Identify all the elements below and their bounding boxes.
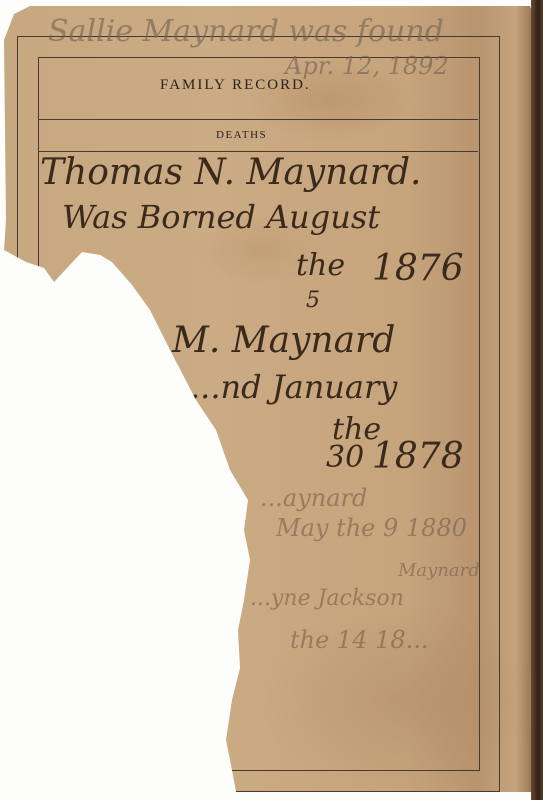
entry-2-name: M. Maynard [172,320,395,361]
entry-1-name: Thomas N. Maynard. [40,152,421,193]
book-binding-edge [531,0,543,800]
faint-entry-surname: Maynard [398,560,480,581]
entry-1-born: Was Borned August [62,198,380,236]
pencil-note-line1: Sallie Maynard was found [48,14,444,49]
faint-entry-name: ...aynard [260,484,367,512]
entry-1-day: 5 [306,288,320,313]
entry-1-year: 1876 [372,248,464,289]
header-divider [38,119,478,120]
faint-entry-jackson: ...yne Jackson [250,586,404,611]
faint-entry-date2: the 14 18... [290,626,429,654]
pencil-note-line2: Apr. 12, 1892 [285,52,449,80]
entry-2-year: 1878 [372,436,464,477]
section-heading-deaths: DEATHS [216,129,267,141]
entry-2-day: 30 [326,440,364,475]
torn-record-page: FAMILY RECORD. DEATHS Sallie Maynard was… [0,0,543,800]
entry-2-date: ...nd January [190,368,397,406]
faint-entry-date: May the 9 1880 [276,514,467,542]
entry-1-the: the [296,248,345,283]
